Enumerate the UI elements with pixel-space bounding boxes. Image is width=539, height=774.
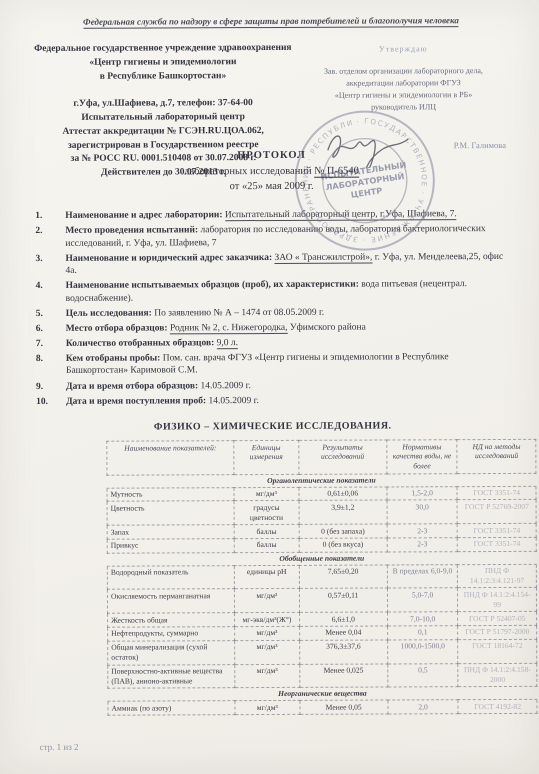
table-cell: Привкус bbox=[107, 539, 234, 553]
item-label: Наименование испытываемых образцов (проб… bbox=[66, 280, 362, 291]
items-list: 1.Наименование и адрес лаборатории: Испы… bbox=[31, 208, 513, 408]
item-text: Кем отобраны пробы: Пом. сан. врача ФГУЗ… bbox=[66, 351, 513, 378]
list-item: 9.Дата и время отбора образцов: 14.05.20… bbox=[32, 378, 513, 393]
item-label: Дата и время отбора образцов: bbox=[66, 381, 201, 392]
item-label: Кем отобраны пробы: bbox=[66, 353, 163, 363]
item-text: Место отбора образцов: Родник № 2, с. Ни… bbox=[66, 321, 513, 335]
table-cell: 7,0-10,0 bbox=[387, 612, 458, 626]
table-title: ФИЗИКО – ХИМИЧЕСКИЕ ИССЛЕДОВАНИЯ. bbox=[32, 420, 513, 433]
item-number: 2. bbox=[31, 225, 65, 250]
table-cell: ГОСТ 3351-74 bbox=[458, 523, 537, 537]
org-name-line: Федеральное государственное учреждение з… bbox=[31, 42, 296, 57]
table-cell: ПНД Ф 14.1:2:4.158-2000 bbox=[458, 663, 537, 687]
item-number: 5. bbox=[32, 308, 66, 321]
table-cell: 0,57±0,11 bbox=[299, 588, 387, 612]
table-cell: 0,5 bbox=[388, 663, 459, 687]
item-number: 8. bbox=[32, 353, 66, 378]
org-name: Федеральное государственное учреждение з… bbox=[31, 42, 296, 84]
table-row: Цветностьградусы цветности3,9±1,230,0ГОС… bbox=[107, 500, 536, 526]
item-number: 1. bbox=[31, 210, 65, 223]
table-cell: мг/дм³ bbox=[234, 589, 299, 613]
table-cell: мг/дм³ bbox=[235, 664, 300, 688]
table-cell: Запах bbox=[107, 525, 234, 539]
item-label: Цель исследования: bbox=[66, 308, 155, 318]
list-item: 10.Дата и время поступления проб: 14.05.… bbox=[32, 393, 513, 408]
table-cell: 0 (без вкуса) bbox=[299, 538, 387, 552]
approval-line: Зав. отделом организации лабораторного д… bbox=[295, 65, 511, 78]
table-cell: 2-3 bbox=[387, 538, 458, 552]
table-cell: 7,65±0,20 bbox=[299, 565, 387, 589]
table-cell: ГОСТ 18164-72 bbox=[458, 639, 537, 663]
list-item: 2.Место проведения испытаний: лаборатори… bbox=[31, 223, 512, 250]
table-cell: В пределах 6,0-9,0 bbox=[387, 564, 458, 588]
list-item: 5.Цель исследования: По заявлению № А – … bbox=[32, 306, 513, 321]
item-text: Цель исследования: По заявлению № А – 14… bbox=[66, 306, 513, 320]
table-cell: мг/дм³ bbox=[234, 487, 299, 501]
document-page: Федеральная служба по надзору в сфере за… bbox=[0, 0, 539, 774]
approve-word: Утверждаю bbox=[295, 43, 511, 56]
table-cell: мг-экв/дм³(Ж°) bbox=[235, 612, 300, 626]
table-cell: Менее 0,04 bbox=[299, 626, 387, 640]
table-cell: мг/дм³ bbox=[235, 626, 300, 640]
results-table: Наименование показателей: Единицы измере… bbox=[106, 439, 537, 716]
table-cell: Водородный показатель bbox=[107, 565, 234, 589]
item-value-underlined: ЗАО « Трансжилстрой», bbox=[275, 252, 373, 263]
table-cell: 376,3±37,6 bbox=[299, 640, 387, 664]
list-item: 8.Кем отобраны пробы: Пом. сан. врача ФГ… bbox=[32, 351, 513, 378]
table-row: Аммиак (по азоту)мг/дм³Менее 0,052,0ГОСТ… bbox=[108, 699, 537, 715]
table-cell: Окисляемость перманганатная bbox=[107, 589, 234, 613]
protocol-title-block: ПРОТОКОЛ лабораторных исследований № П-6… bbox=[31, 147, 512, 196]
protocol-subtitle-text: лабораторных исследований bbox=[184, 165, 311, 177]
item-number: 6. bbox=[32, 323, 66, 336]
table-cell: Мутность bbox=[107, 487, 234, 501]
table-cell: Менее 0,025 bbox=[299, 664, 387, 688]
table-cell: 0,61±0,06 bbox=[299, 487, 387, 501]
table-cell: 0,1 bbox=[387, 626, 458, 640]
org-name-line: «Центр гигиены и эпидемиологии bbox=[31, 56, 296, 71]
item-text: Дата и время поступления проб: 14.05.200… bbox=[66, 393, 513, 407]
header-indicator: Наименование показателей: bbox=[107, 441, 234, 475]
table-cell: ГОСТ Р 51797-2000 bbox=[458, 625, 537, 639]
table-row: Водородный показательединицы pH7,65±0,20… bbox=[107, 564, 536, 590]
page-footer: стр. 1 из 2 bbox=[40, 740, 515, 752]
protocol-date: от «25» мая 2009 г. bbox=[31, 178, 512, 196]
list-item: 1.Наименование и адрес лаборатории: Испы… bbox=[31, 208, 512, 223]
table-cell: ГОСТ Р 52407-05 bbox=[458, 611, 537, 625]
table-cell: 1,5-2,0 bbox=[387, 486, 458, 500]
table-cell: мг/дм³ bbox=[235, 700, 300, 714]
table-cell: 2,0 bbox=[388, 700, 459, 714]
table-cell: Нефтепродукты, суммарно bbox=[108, 627, 235, 641]
table-cell: Цветность bbox=[107, 501, 234, 525]
item-number: 9. bbox=[32, 380, 66, 393]
item-text: Место проведения испытаний: лаборатория … bbox=[65, 223, 512, 250]
table-cell: баллы bbox=[234, 538, 299, 552]
item-number: 4. bbox=[32, 280, 66, 305]
header-norms: Нормативы качества воды, не более bbox=[387, 440, 458, 474]
table-cell: Менее 0,05 bbox=[300, 700, 388, 714]
list-item: 3.Наименование и юридический адрес заказ… bbox=[31, 251, 512, 278]
table-cell: ГОСТ Р 52769-2007 bbox=[457, 500, 536, 524]
table-cell: 2-3 bbox=[387, 524, 458, 538]
list-item: 7.Количество отобранных образцов: 9,0 л. bbox=[32, 336, 513, 351]
table-cell: Аммиак (по азоту) bbox=[108, 701, 235, 715]
item-label: Наименование и юридический адрес заказчи… bbox=[65, 253, 274, 264]
org-info-line: г.Уфа, ул.Шафиева, д.7, телефон: 37-64-0… bbox=[31, 97, 296, 112]
table-cell: 3,9±1,2 bbox=[299, 500, 387, 524]
item-number: 7. bbox=[32, 338, 66, 351]
approval-line: руководитель ИЛЦ bbox=[295, 101, 511, 114]
table-cell: 5,0-7,0 bbox=[387, 588, 458, 612]
table-cell: ГОСТ 3351-74 bbox=[458, 537, 537, 551]
header-units: Единицы измерения bbox=[234, 440, 299, 474]
table-cell: мг/дм³ bbox=[235, 640, 300, 664]
table-cell: баллы bbox=[234, 524, 299, 538]
item-text: Дата и время отбора образцов: 14.05.2009… bbox=[66, 378, 513, 392]
header-results: Результаты исследований bbox=[298, 440, 386, 474]
item-text: Количество отобранных образцов: 9,0 л. bbox=[66, 336, 513, 350]
list-item: 6.Место отбора образцов: Родник № 2, с. … bbox=[32, 321, 513, 336]
federal-service-banner: Федеральная служба по надзору в сфере за… bbox=[30, 15, 511, 27]
item-text: Наименование испытываемых образцов (проб… bbox=[66, 278, 513, 305]
table-head: Наименование показателей: Единицы измере… bbox=[107, 439, 536, 474]
item-text: Наименование и адрес лаборатории: Испыта… bbox=[65, 208, 512, 222]
item-number: 3. bbox=[31, 253, 65, 278]
table-cell: Жесткость общая bbox=[108, 613, 235, 627]
item-text: Наименование и юридический адрес заказчи… bbox=[65, 251, 512, 278]
list-item: 4.Наименование испытываемых образцов (пр… bbox=[32, 278, 513, 305]
table-cell: единицы pH bbox=[234, 565, 299, 589]
item-label: Место проведения испытаний: bbox=[65, 225, 200, 236]
item-label: Наименование и адрес лаборатории: bbox=[65, 210, 225, 221]
org-info-line: Аттестат аккредитации № ГСЭН.RU.ЦОА.062, bbox=[31, 125, 296, 140]
item-label: Количество отобранных образцов: bbox=[66, 338, 217, 349]
table-cell: ПНД Ф 14.1:2:3:4.121-97 bbox=[458, 564, 537, 588]
item-value-underlined: Испытательный лабораторный центр, г.Уфа,… bbox=[225, 209, 457, 221]
table-row: Окисляемость перманганатнаямг/дм³0,57±0,… bbox=[107, 588, 536, 614]
table-cell: 6,6±1,0 bbox=[299, 612, 387, 626]
table-cell: градусы цветности bbox=[234, 501, 299, 525]
federal-service-banner-text: Федеральная служба по надзору в сфере за… bbox=[83, 15, 459, 29]
table-cell: ПНД Ф 14.1:2:4.154-99 bbox=[458, 588, 537, 612]
approval-line: «Центр гигиены и эпидемиологии в РБ» bbox=[295, 89, 511, 102]
org-name-line: в Республике Башкортостан» bbox=[31, 69, 296, 84]
table-cell: 0 (без запаха) bbox=[299, 524, 387, 538]
item-label: Дата и время поступления проб: bbox=[66, 396, 208, 407]
table-cell: 30,0 bbox=[387, 500, 458, 524]
table-row: Общая минерализация (сухой остаток)мг/дм… bbox=[108, 639, 537, 665]
org-info-line: Испытательный лабораторный центр bbox=[31, 111, 296, 126]
table-cell: ГОСТ 3351-74 bbox=[457, 486, 536, 500]
header-nd: НД на методы исследований bbox=[457, 439, 536, 473]
item-number: 10. bbox=[32, 395, 66, 408]
item-value-underlined: Родник № 2, с. Нижегородка, bbox=[170, 323, 288, 335]
table-row: Поверхностно-активные вещества (ПАВ), ан… bbox=[108, 663, 537, 689]
item-label: Место отбора образцов: bbox=[66, 323, 170, 333]
table-cell: 1000,0-1500,0 bbox=[387, 640, 458, 664]
table-body: Органолептические показателиМутностьмг/д… bbox=[107, 473, 537, 715]
table-cell: Общая минерализация (сухой остаток) bbox=[108, 640, 235, 664]
approval-line: аккредитации лаборатории ФГУЗ bbox=[295, 77, 511, 90]
table-cell: ГОСТ 4192-82 bbox=[458, 699, 537, 713]
protocol-number: № П-6540 bbox=[314, 165, 359, 177]
table-cell: Поверхностно-активные вещества (ПАВ), ан… bbox=[108, 664, 235, 688]
item-value-underlined: 9,0 л. bbox=[217, 338, 238, 349]
